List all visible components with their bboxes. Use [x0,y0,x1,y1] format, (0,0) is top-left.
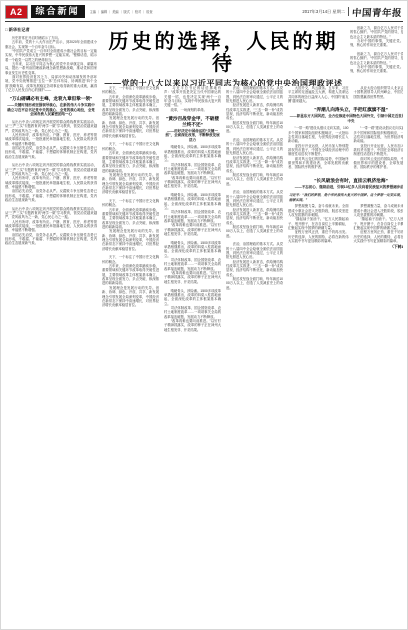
body-text-block: 啃硬骨头，涉险滩。1500多项改革举措相继推出，改革的四梁八柱拔地而起，全面深化… [164,145,221,332]
section-heading-3-deck: ——彰显东方大国风范，全方位推进中国特色大国外交，引领中国走近世界舞台中央 [289,114,403,123]
section-heading-3-quote: “弄潮儿向涛头立，手把红旗旗不湿” [289,107,403,113]
main-headline: 历史的选择，人民的期待 [102,31,345,75]
columns-5-6: 大国外交，风云激荡。五年来，习近平主席的足迹遍及五大洲，构建人类命运共同体的理念… [288,86,403,630]
continuation-note: （下转A4版） [354,245,404,250]
body-text-block: 法治，治国理政的基本方式。从党的十八届四中全会绘就全面依法治国蓝图，到民法总则审… [226,86,283,290]
body-text-block: 习近平总书记的话语掷地有声：“改革开放是决定当代中国命运的关键一招，也是决定实现… [164,86,221,112]
section-heading-1-deck: ——关键时刻形成坚强领导核心，在新的伟大斗争实践中确立习近平总书记党中央的核心、… [6,103,96,117]
header-rule [5,21,403,22]
column-1: □ 新华社记者 历史常常在开启时就昭示了方向。 五年前，党的十八大作出庄严宣示，… [5,26,97,630]
article-body: □ 新华社记者 历史常常在开启时就昭示了方向。 五年前，党的十八大作出庄严宣示，… [5,26,403,630]
section-heading-4-deck: ——不忘初心、继续前进，引领13亿多人民向着民族复兴的梦想阔步前行 [289,185,403,190]
column-3: 习近平总书记的话语掷地有声：“改革开放是决定当代中国命运的关键一招，也是决定实现… [164,86,221,630]
section-heading-4: “长风破浪会有时，直挂云帆济沧海” ——不忘初心、继续前进，引领13亿多人民向着… [289,178,403,189]
section-heading-2: “黄沙百战穿金甲，不破楼兰终不还” ——用好决定中国命运的“关键一招”，全面深化… [165,116,220,142]
sub-headline: ——党的十八大以来以习近平同志为核心的党中央治国理政评述 [102,78,345,86]
editor-credits: 主编 ｜ 编辑 ｜ 美编 ｜ 版式 ｜ 校对 ｜ 检查 [90,9,153,14]
page-number-badge: A2 [5,5,28,19]
newspaper-page: A2 综合新闻 主编 ｜ 编辑 ｜ 美编 ｜ 版式 ｜ 校对 ｜ 检查 2017… [0,0,408,630]
body-text-block: “一带一路”建设从倡议走向实践，100多个国家和国际组织积极响应，一大批标志性项… [288,126,403,174]
body-text-block: 梦想凝聚力量，奋斗成就未来。全面建成小康社会进入决胜阶段，脱贫攻坚进入攻坚拔寨的… [288,204,403,250]
section-heading-4-quote: “长风破浪会有时，直挂云帆济沧海” [289,178,403,184]
body-text-block: 从出台中央八项规定到开展党的群众路线教育实践活动，从“三严三实”专题教育到“两学… [5,120,97,246]
dateline: 2017年3月14日 星期二 [302,9,345,15]
date-text: 2017年3月14日 [302,9,331,14]
section-heading-2-deck: ——用好决定中国命运的“关键一招”，全面深化改革，不断释放发展活力 [165,129,220,143]
masthead-logo: 中国青年报 [351,5,402,19]
section-heading-3: “弄潮儿向涛头立，手把红旗旗不湿” ——彰显东方大国风范，全方位推进中国特色大国… [289,107,403,123]
byline: □ 新华社记者 [5,27,97,33]
section-heading-2-quote: “黄沙百战穿金甲，不破楼兰终不还” [165,116,220,127]
column-2: 天下，一个标注了中国历史文化胸怀的概念。 五年来，全面深化改革蹄疾步稳，重要领域… [102,86,159,630]
section-heading-1-quote: “万山磅礴必有主峰，龙衮九章但挚一领” [6,96,96,102]
body-text-block: 大国外交，风云激荡。五年来，习近平主席的足迹遍及五大洲，构建人类命运共同体的理念… [288,86,403,103]
page-header: A2 综合新闻 主编 ｜ 编辑 ｜ 美编 ｜ 版式 ｜ 校对 ｜ 检查 2017… [5,4,402,19]
body-text-block: 天下，一个标注了中国历史文化胸怀的概念。 五年来，全面深化改革蹄疾步稳，重要领域… [102,86,159,308]
section-heading-1: “万山磅礴必有主峰，龙衮九章但挚一领” ——关键时刻形成坚强领导核心，在新的伟大… [6,96,96,116]
leader-quote: 习近平：“我们的梦想，是中华民族伟大复兴的中国梦。这个梦想一定要实现，也一定能够… [289,192,403,202]
body-text-block: 历史常常在开启时就昭示了方向。 五年前，党的十八大作出庄严宣示，到2020年全面… [5,36,97,92]
weekday-text: 星期二 [332,9,345,14]
header-divider [348,7,349,16]
column-4: 法治，治国理政的基本方式。从党的十八届四中全会绘就全面依法治国蓝图，到民法总则审… [226,86,283,630]
section-title: 综合新闻 [31,5,85,18]
headline-block: 历史的选择，人民的期待 ——党的十八大以来以习近平同志为核心的党中央治国理政评述 [102,26,345,86]
column-6-top: 创新之力，源自亿万人民对于党的核心的衷心拥护。“中国共产党的领导，是中国特色社会… [350,26,403,86]
body-text-block: 创新之力，源自亿万人民对于党的核心的衷心拥护。“中国共产党的领导，是中国特色社会… [350,26,403,74]
